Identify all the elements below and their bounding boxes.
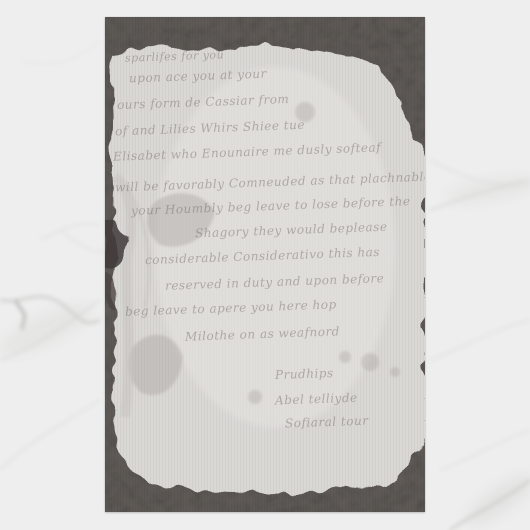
product-photo-scene: sparlifes for you upon ace you at your o… [0, 0, 530, 530]
stationery-paper: sparlifes for you upon ace you at your o… [105, 17, 425, 512]
grunge-frame-artwork [105, 17, 425, 512]
